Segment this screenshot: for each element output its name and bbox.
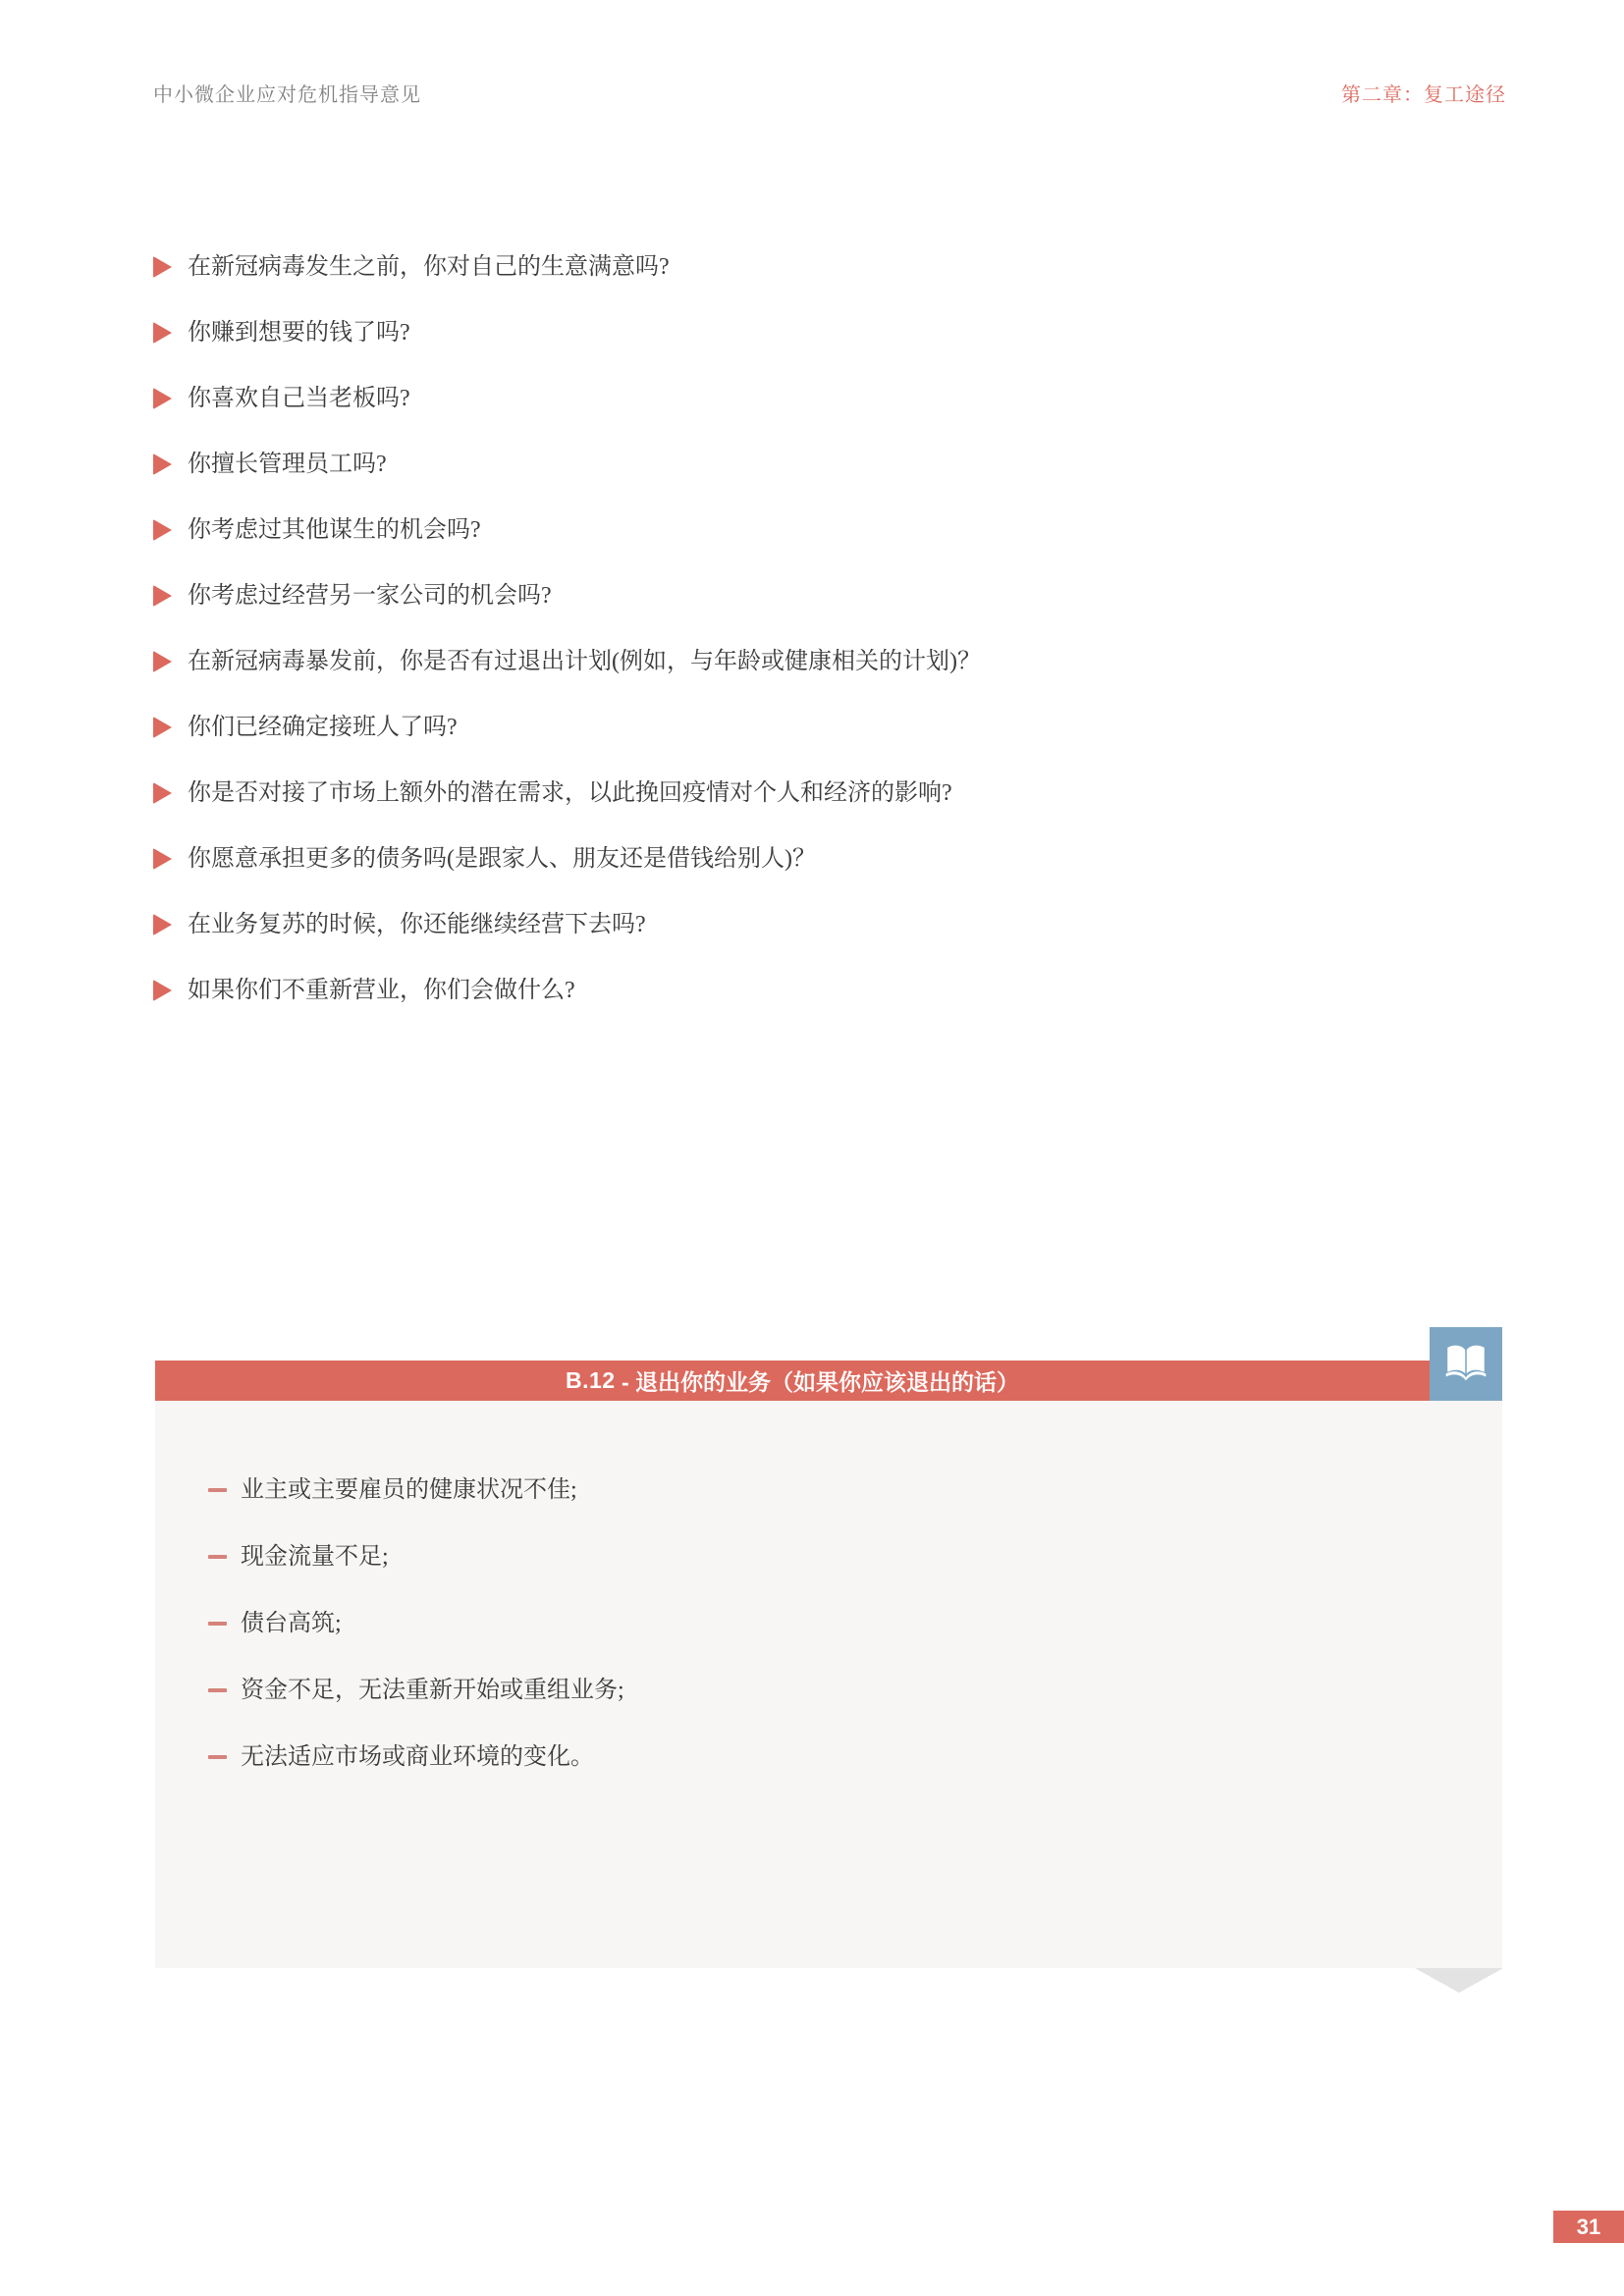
question-item: 你擅长管理员工吗?	[153, 451, 1390, 478]
question-text: 你擅长管理员工吗?	[188, 451, 387, 478]
bullet-triangle-icon	[153, 256, 172, 278]
intro-column-right	[842, 1070, 1492, 1087]
bullet-triangle-icon	[153, 585, 172, 607]
dash-icon	[208, 1488, 227, 1492]
bullet-triangle-icon	[153, 782, 172, 804]
callout-banner: B.12 - 退出你的业务（如果你应该退出的话）	[155, 1361, 1430, 1401]
question-text: 你是否对接了市场上额外的潜在需求，以此挽回疫情对个人和经济的影响?	[188, 779, 952, 807]
question-list: 在新冠病毒发生之前，你对自己的生意满意吗? 你赚到想要的钱了吗? 你喜欢自己当老…	[153, 253, 1390, 1004]
question-text: 你们已经确定接班人了吗?	[188, 714, 458, 741]
bullet-triangle-icon	[153, 519, 172, 541]
reason-text: 债台高筑;	[241, 1609, 342, 1638]
bullet-triangle-icon	[153, 717, 172, 738]
question-text: 在新冠病毒发生之前，你对自己的生意满意吗?	[188, 253, 670, 281]
question-text: 你喜欢自己当老板吗?	[188, 385, 410, 412]
fold-triangle-icon	[1415, 1968, 1503, 1993]
dash-icon	[208, 1688, 227, 1692]
bullet-triangle-icon	[153, 322, 172, 344]
reason-item: 资金不足，无法重新开始或重组业务;	[206, 1676, 1473, 1705]
question-item: 如果你们不重新营业，你们会做什么?	[153, 977, 1390, 1004]
reason-item: 债台高筑;	[206, 1609, 1473, 1638]
question-item: 你们已经确定接班人了吗?	[153, 714, 1390, 741]
question-text: 你考虑过经营另一家公司的机会吗?	[188, 582, 552, 610]
bullet-triangle-icon	[153, 914, 172, 935]
intro-column-left	[149, 1070, 797, 1087]
callout-code: B.12	[566, 1367, 616, 1394]
bullet-triangle-icon	[153, 651, 172, 672]
dash-icon	[208, 1555, 227, 1559]
question-item: 你是否对接了市场上额外的潜在需求，以此挽回疫情对个人和经济的影响?	[153, 779, 1390, 807]
question-item: 在业务复苏的时候，你还能继续经营下去吗?	[153, 911, 1390, 938]
reason-text: 无法适应市场或商业环境的变化。	[241, 1742, 594, 1772]
question-item: 你愿意承担更多的债务吗(是跟家人、朋友还是借钱给别人)？	[153, 845, 1390, 873]
reason-text: 现金流量不足;	[241, 1542, 389, 1572]
bullet-triangle-icon	[153, 848, 172, 870]
question-item: 你考虑过其他谋生的机会吗?	[153, 516, 1390, 544]
question-item: 在新冠病毒暴发前，你是否有过退出计划(例如，与年龄或健康相关的计划)？	[153, 648, 1390, 675]
question-text: 在业务复苏的时候，你还能继续经营下去吗?	[188, 911, 646, 938]
question-item: 你考虑过经营另一家公司的机会吗?	[153, 582, 1390, 610]
bullet-triangle-icon	[153, 980, 172, 1001]
doc-title: 中小微企业应对危机指导意见	[153, 79, 421, 107]
callout-title: - 退出你的业务（如果你应该退出的话）	[616, 1364, 1019, 1397]
reason-list: 业主或主要雇员的健康状况不佳; 现金流量不足; 债台高筑; 资金不足，无法重新开…	[206, 1475, 1473, 1809]
question-text: 如果你们不重新营业，你们会做什么?	[188, 977, 575, 1004]
reason-item: 业主或主要雇员的健康状况不佳;	[206, 1475, 1473, 1505]
reason-text: 业主或主要雇员的健康状况不佳;	[241, 1475, 577, 1505]
bullet-triangle-icon	[153, 388, 172, 409]
reason-item: 现金流量不足;	[206, 1542, 1473, 1572]
question-item: 你赚到想要的钱了吗?	[153, 319, 1390, 347]
question-text: 在新冠病毒暴发前，你是否有过退出计划(例如，与年龄或健康相关的计划)？	[188, 648, 981, 675]
bullet-triangle-icon	[153, 454, 172, 475]
open-book-icon	[1430, 1327, 1502, 1401]
chapter-title: 第二章：复工途径	[1341, 79, 1506, 107]
question-text: 你赚到想要的钱了吗?	[188, 319, 410, 347]
reason-text: 资金不足，无法重新开始或重组业务;	[241, 1676, 624, 1705]
question-text: 你愿意承担更多的债务吗(是跟家人、朋友还是借钱给别人)？	[188, 845, 816, 873]
question-item: 在新冠病毒发生之前，你对自己的生意满意吗?	[153, 253, 1390, 281]
dash-icon	[208, 1622, 227, 1626]
callout-box: 业主或主要雇员的健康状况不佳; 现金流量不足; 债台高筑; 资金不足，无法重新开…	[155, 1401, 1502, 1968]
reason-item: 无法适应市场或商业环境的变化。	[206, 1742, 1473, 1772]
question-text: 你考虑过其他谋生的机会吗?	[188, 516, 481, 544]
page-number-badge: 31	[1553, 2211, 1624, 2243]
question-item: 你喜欢自己当老板吗?	[153, 385, 1390, 412]
dash-icon	[208, 1755, 227, 1759]
page-number: 31	[1577, 2215, 1600, 2240]
document-page: 中小微企业应对危机指导意见 第二章：复工途径 在新冠病毒发生之前，你对自己的生意…	[0, 0, 1624, 2296]
